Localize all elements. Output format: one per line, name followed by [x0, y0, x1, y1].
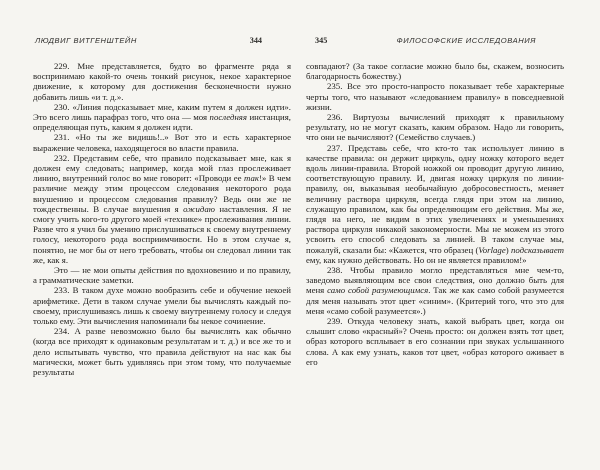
paragraph: 237. Представь себе, что кто-то так испо… — [306, 143, 564, 265]
text-run: ему, как нужно действовать. Но он не явл… — [306, 255, 527, 265]
paragraph: 231. «Но ты же видишь!..» Вот это и есть… — [33, 132, 291, 152]
text-run: 239. Откуда человеку знать, какой выбрат… — [306, 316, 564, 367]
emphasis-text: само собой разумеющимся — [327, 285, 428, 295]
text-run: 234. А разве невозможно было бы вычислят… — [33, 326, 291, 377]
text-run: 231. «Но ты же видишь!..» Вот это и есть… — [33, 132, 291, 152]
book-spread: ЛЮДВИГ ВИТГЕНШТЕЙН 344 229. Мне представ… — [0, 0, 600, 470]
paragraph: 230. «Линия подсказывает мне, каким путе… — [33, 102, 291, 133]
paragraph: 233. В таком духе можно вообразить себе … — [33, 285, 291, 326]
paragraph: 229. Мне представляется, будто во фрагме… — [33, 61, 291, 102]
paragraph: Это — не мои опыты действия по вдохновен… — [33, 265, 291, 285]
running-title: ЛЮДВИГ ВИТГЕНШТЕЙН — [35, 36, 137, 45]
page-text-column-left: 229. Мне представляется, будто во фрагме… — [33, 61, 291, 377]
text-run: Это — не мои опыты действия по вдохновен… — [33, 265, 291, 285]
paragraph: 234. А разве невозможно было бы вычислят… — [33, 326, 291, 377]
text-run: 236. Виртуозы вычислений приходят к прав… — [306, 112, 564, 142]
emphasis-text: подсказывает — [511, 245, 564, 255]
text-run: 237. Представь себе, что кто-то так испо… — [306, 143, 564, 255]
paragraph: 239. Откуда человеку знать, какой выбрат… — [306, 316, 564, 367]
page-number: 344 — [250, 36, 262, 45]
page-text-column-right: совпадают? (За такое согласие можно было… — [306, 61, 564, 367]
text-run: 235. Все это просто-напросто показывает … — [306, 81, 564, 111]
emphasis-text: Vorlage — [478, 245, 505, 255]
paragraph: совпадают? (За такое согласие можно было… — [306, 61, 564, 81]
emphasis-text: ожидаю — [183, 204, 215, 214]
running-header-right: 345 ФИЛОСОФСКИЕ ИССЛЕДОВАНИЯ — [306, 36, 564, 45]
paragraph: 238. Чтобы правило могло представляться … — [306, 265, 564, 316]
text-run: 229. Мне представляется, будто во фрагме… — [33, 61, 291, 102]
text-run: совпадают? (За такое согласие можно было… — [306, 61, 564, 81]
text-run: 233. В таком духе можно вообразить себе … — [33, 285, 291, 326]
book-page-left: ЛЮДВИГ ВИТГЕНШТЕЙН 344 229. Мне представ… — [33, 0, 291, 470]
paragraph: 232. Представим себе, что правило подска… — [33, 153, 291, 265]
emphasis-text: так — [244, 173, 259, 183]
page-number: 345 — [315, 36, 327, 45]
paragraph: 235. Все это просто-напросто показывает … — [306, 81, 564, 112]
emphasis-text: последняя — [210, 112, 247, 122]
paragraph: 236. Виртуозы вычислений приходят к прав… — [306, 112, 564, 143]
running-title: ФИЛОСОФСКИЕ ИССЛЕДОВАНИЯ — [397, 36, 536, 45]
book-page-right: 345 ФИЛОСОФСКИЕ ИССЛЕДОВАНИЯ совпадают? … — [306, 0, 564, 470]
running-header-left: ЛЮДВИГ ВИТГЕНШТЕЙН 344 — [33, 36, 291, 45]
